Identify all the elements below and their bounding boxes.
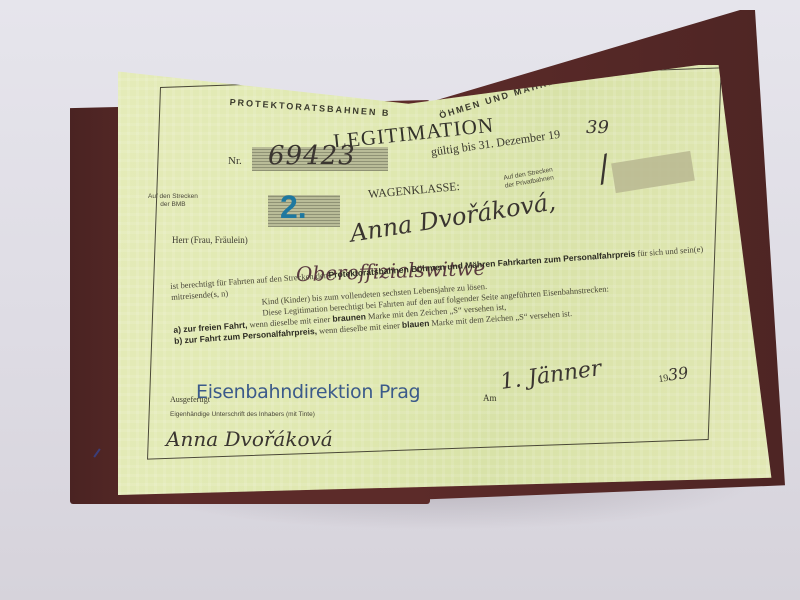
- bmb-label: Auf den Strecken der BMB: [148, 193, 198, 209]
- bmb-label-line2: der BMB: [148, 201, 198, 209]
- issue-date-label: Am: [483, 393, 497, 403]
- terms-b-color: blauen: [402, 318, 430, 330]
- issue-year-hand: 39: [667, 363, 690, 385]
- car-class-value: 2.: [280, 189, 307, 226]
- issuer-stamp: Eisenbahndirektion Prag: [196, 381, 420, 403]
- number-value: 69423: [268, 141, 356, 171]
- validity-year: 39: [586, 117, 609, 138]
- holder-label: Herr (Frau, Fräulein): [172, 235, 248, 245]
- issue-year: 1939: [657, 363, 690, 387]
- holder-signature: Anna Dvořáková: [166, 427, 333, 451]
- signature-label: Eigenhändige Unterschrift des Inhabers (…: [170, 411, 315, 418]
- bmb-label-line1: Auf den Strecken: [148, 193, 198, 201]
- number-label: Nr.: [228, 155, 242, 167]
- legitimation-page: PROTEKTORATSBAHNEN B ÖHMEN UND MÄHREN. L…: [118, 65, 778, 495]
